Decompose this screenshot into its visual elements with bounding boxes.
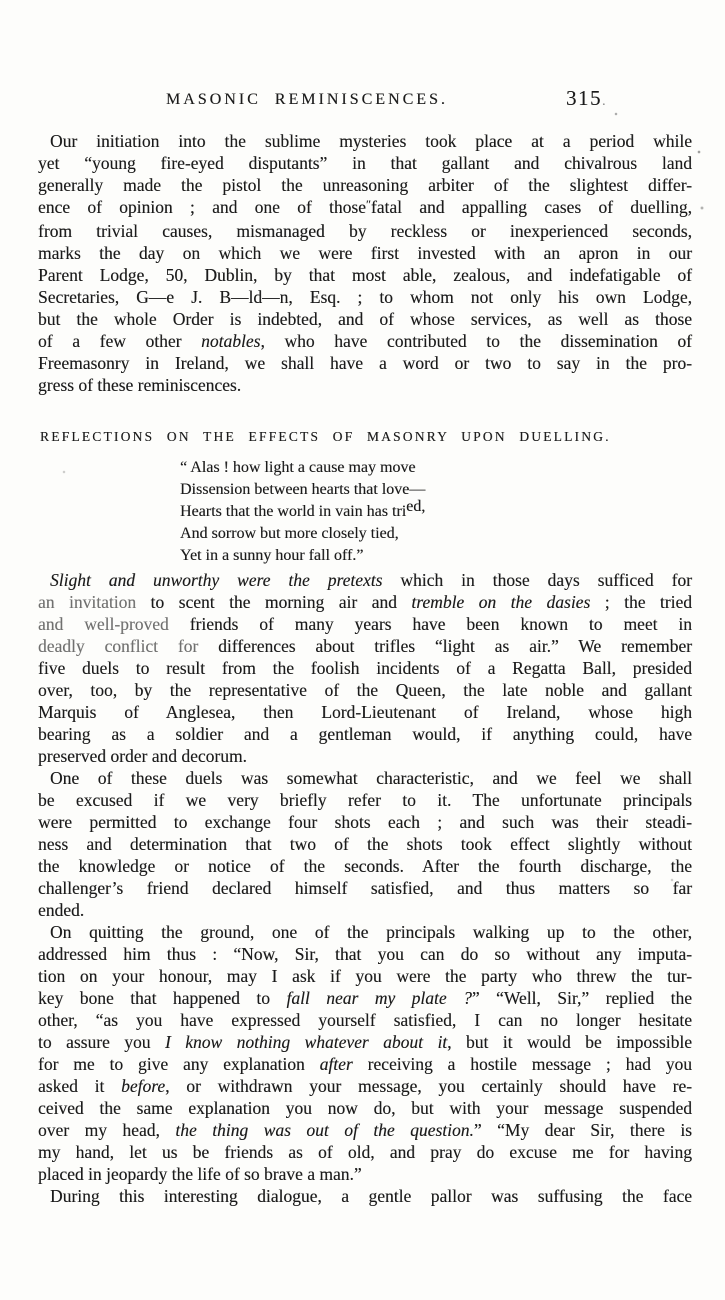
text-line: and well-proved friends of many years ha… xyxy=(38,613,692,635)
text-line: other, “as you have expressed yourself s… xyxy=(38,1009,692,1031)
text-line: deadly conflict for differences about tr… xyxy=(38,635,692,657)
text-line: five duels to result from the foolish in… xyxy=(38,657,692,679)
text-line: Yet in a sunny hour fall off.” xyxy=(180,545,692,567)
page-number-value: 315 xyxy=(566,86,602,110)
text-line: One of these duels was somewhat characte… xyxy=(38,767,692,789)
print-artifact: an invitation xyxy=(38,592,136,612)
text-line: were permitted to exchange four shots ea… xyxy=(38,811,692,833)
italic-phrase: Slight and unworthy were the pretexts xyxy=(50,570,382,590)
text-line: Marquis of Anglesea, then Lord-Lieutenan… xyxy=(38,701,692,723)
text-line: Slight and unworthy were the pretexts wh… xyxy=(38,569,692,591)
text-line: ceived the same explanation you now do, … xyxy=(38,1097,692,1119)
text-line: Parent Lodge, 50, Dublin, by that most a… xyxy=(38,264,692,286)
italic-phrase: tremble on the dasies xyxy=(411,592,590,612)
italic-phrase: the thing was out of the question. xyxy=(175,1120,474,1140)
text-line: tion on your honour, may I ask if you we… xyxy=(38,965,692,987)
italic-phrase: notables xyxy=(201,331,260,351)
text-line: of a few other notables, who have contri… xyxy=(38,330,692,352)
paragraph-2: Slight and unworthy were the pretexts wh… xyxy=(38,569,692,767)
paragraph-1: Our initiation into the sublime mysterie… xyxy=(38,130,692,396)
text-line: from trivial causes, mismanaged by reckl… xyxy=(38,220,692,242)
italic-phrase: I know nothing whatever about it xyxy=(165,1032,447,1052)
text-line: be excused if we very briefly refer to i… xyxy=(38,789,692,811)
text-line: asked it before, or withdrawn your messa… xyxy=(38,1075,692,1097)
text-line: over my head, the thing was out of the q… xyxy=(38,1119,692,1141)
print-artifact: ″ xyxy=(366,197,371,211)
text-line: Freemasonry in Ireland, we shall have a … xyxy=(38,352,692,374)
text-line: And sorrow but more closely tied, xyxy=(180,523,692,545)
text-line: ended. xyxy=(38,899,692,921)
text-line: key bone that happened to fall near my p… xyxy=(38,987,692,1009)
text-line: Dissension between hearts that love— xyxy=(180,479,692,501)
text-line: but the whole Order is indebted, and of … xyxy=(38,308,692,330)
print-artifact: deadly conflict for xyxy=(38,636,198,656)
text-line: ence of opinion ; and one of those″fatal… xyxy=(38,196,692,220)
text-line: generally made the pistol the unreasonin… xyxy=(38,174,692,196)
text-line: an invitation to scent the morning air a… xyxy=(38,591,692,613)
text-line: During this interesting dialogue, a gent… xyxy=(38,1185,692,1207)
italic-phrase: fall near my plate ? xyxy=(286,988,471,1008)
text-line: ness and determination that two of the s… xyxy=(38,833,692,855)
text-line: challenger’s friend declared himself sat… xyxy=(38,877,692,899)
text-line: to assure you I know nothing whatever ab… xyxy=(38,1031,692,1053)
page-number: 315. xyxy=(566,86,607,111)
text-line: Our initiation into the sublime mysterie… xyxy=(38,130,692,152)
poem-epigraph: “ Alas ! how light a cause may moveDisse… xyxy=(180,457,692,567)
text-line: On quitting the ground, one of the princ… xyxy=(38,921,692,943)
text-line: the knowledge or notice of the seconds. … xyxy=(38,855,692,877)
text-line: gress of these reminiscences. xyxy=(38,374,692,396)
italic-phrase: before xyxy=(121,1076,165,1096)
paragraph-5: During this interesting dialogue, a gent… xyxy=(38,1185,692,1207)
text-line: Secretaries, G—e J. B—ld—n, Esq. ; to wh… xyxy=(38,286,692,308)
text-line: for me to give any explanation after rec… xyxy=(38,1053,692,1075)
book-page: MASONIC REMINISCENCES. 315. Our initiati… xyxy=(0,0,725,1300)
running-head-title: MASONIC REMINISCENCES. xyxy=(166,91,448,109)
text-line: bearing as a soldier and a gentleman wou… xyxy=(38,723,692,745)
text-line: addressed him thus : “Now, Sir, that you… xyxy=(38,943,692,965)
paragraph-4: On quitting the ground, one of the princ… xyxy=(38,921,692,1185)
paragraph-3: One of these duels was somewhat characte… xyxy=(38,767,692,921)
text-line: Hearts that the world in vain has tried, xyxy=(180,501,692,523)
text-line: over, too, by the representative of the … xyxy=(38,679,692,701)
page-number-speck: . xyxy=(602,94,607,109)
section-heading: REFLECTIONS ON THE EFFECTS OF MASONRY UP… xyxy=(40,426,692,448)
text-line: marks the day on which we were first inv… xyxy=(38,242,692,264)
text-line: my hand, let us be friends as of old, an… xyxy=(38,1141,692,1163)
italic-phrase: after xyxy=(320,1054,353,1074)
text-line: yet “young fire-eyed disputants” in that… xyxy=(38,152,692,174)
print-artifact: ed, xyxy=(406,498,425,515)
running-head: MASONIC REMINISCENCES. 315. xyxy=(38,88,692,114)
print-artifact: and well-proved xyxy=(38,614,169,634)
text-line: “ Alas ! how light a cause may move xyxy=(180,457,692,479)
text-column: Our initiation into the sublime mysterie… xyxy=(38,130,692,1207)
text-line: preserved order and decorum. xyxy=(38,745,692,767)
text-line: placed in jeopardy the life of so brave … xyxy=(38,1163,692,1185)
